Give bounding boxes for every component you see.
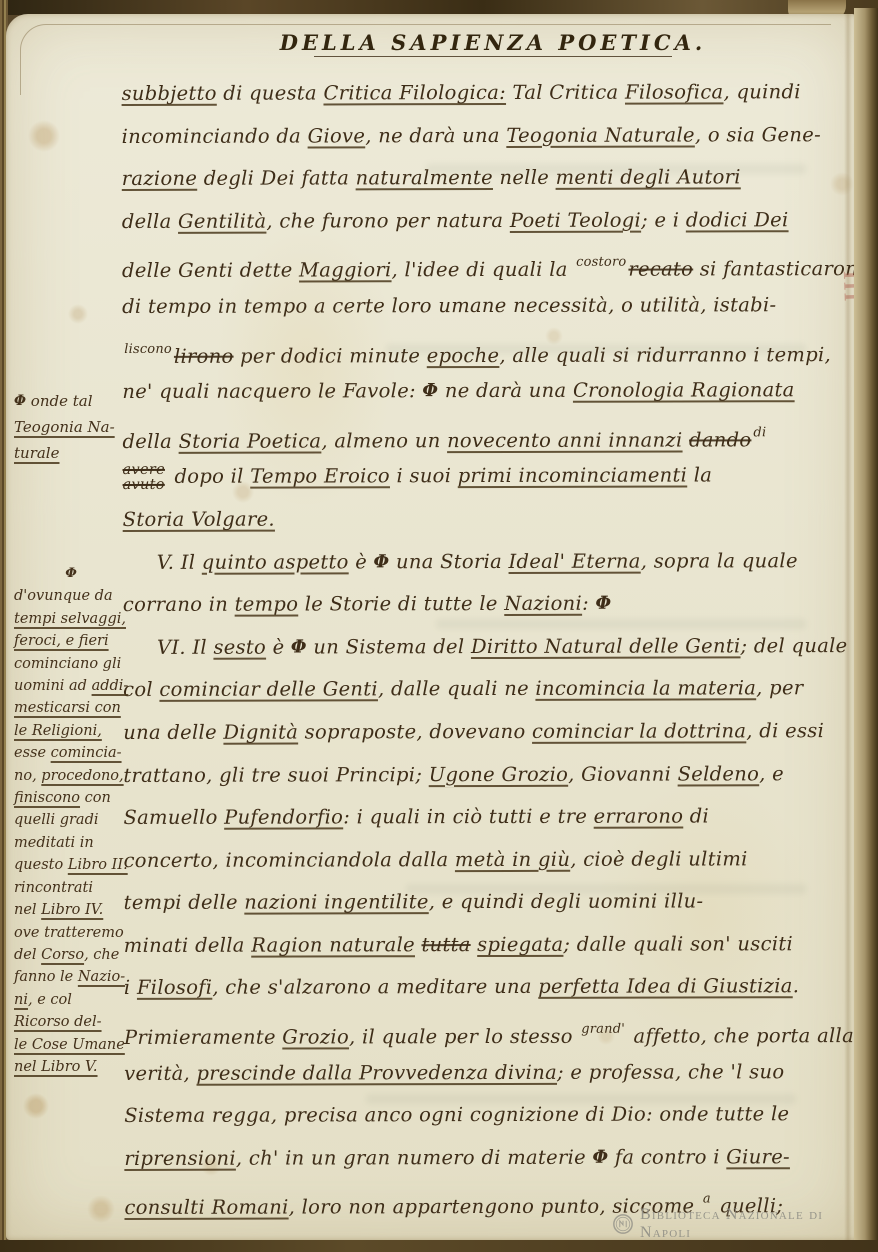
underlined-run: Nazioni xyxy=(504,592,582,615)
body-lines: subbjetto di questa Critica Filologica: … xyxy=(121,71,864,1223)
text-run: concerto, incominciandola dalla xyxy=(124,848,455,872)
text-run: esse xyxy=(14,745,51,761)
text-run: tempi delle xyxy=(124,891,245,914)
manuscript-line: Sistema regga, precisa anco ogni cognizi… xyxy=(124,1093,864,1138)
text-run: , sopra la quale xyxy=(641,549,798,572)
manuscript-line: verità, prescinde dalla Provvedenza divi… xyxy=(124,1051,864,1096)
underlined-run: perfetta Idea di Giustizia xyxy=(538,975,793,999)
insertion-above: a xyxy=(703,1192,711,1207)
manuscript-line: concerto, incominciandola dalla metà in … xyxy=(124,838,864,883)
underlined-run: Diritto Natural delle Genti xyxy=(471,634,741,658)
text-run: , il quale per lo stesso xyxy=(349,1025,579,1049)
text-run: , e xyxy=(759,762,784,785)
text-run: dopo il xyxy=(168,465,250,488)
underlined-run: Storia Volgare. xyxy=(123,508,275,531)
text-run: fanno le xyxy=(14,969,78,985)
text-run: V. Il xyxy=(157,550,202,573)
underlined-run: metà in giù xyxy=(455,847,570,870)
text-run: del xyxy=(14,947,41,963)
manuscript-line: rincontrati xyxy=(14,877,128,899)
manuscript-line: Storia Volgare. xyxy=(123,497,863,542)
text-run: VI. Il xyxy=(157,635,213,658)
manuscript-line: tempi selvaggi, xyxy=(14,608,128,630)
text-run: , e quindi degli uomini illu- xyxy=(429,890,704,914)
text-run: meditati in xyxy=(14,835,94,851)
manuscript-line: i Filosofi, che s'alzarono a meditare un… xyxy=(124,965,864,1010)
manuscript-line: del Corso, che xyxy=(14,944,128,966)
text-run: corrano in xyxy=(123,593,235,616)
text-run: un Sistema del xyxy=(307,635,471,658)
text-run: , e col xyxy=(28,992,72,1008)
underlined-run: comincia- xyxy=(51,745,122,761)
library-watermark-label: Biblioteca Nazionale di Napoli xyxy=(640,1206,878,1242)
text-run: , almeno un xyxy=(321,429,447,452)
manuscript-line: Φ onde tal xyxy=(14,388,126,414)
title-underline xyxy=(314,56,672,57)
book-top-edge xyxy=(0,0,878,15)
manuscript-line: avereavuto dopo il Tempo Eroico i suoi p… xyxy=(122,454,862,499)
underlined-run: Pufendorfio xyxy=(224,805,343,828)
text-run: della xyxy=(122,210,178,233)
underlined-run: Filosofica xyxy=(625,80,724,103)
underlined-run: errarono xyxy=(594,805,684,828)
text-run: ne darà una xyxy=(438,379,573,402)
manuscript-line: subbjetto di questa Critica Filologica: … xyxy=(121,71,861,116)
reference-mark: Φ xyxy=(595,593,611,614)
text-run: una delle xyxy=(123,721,223,744)
page-title: DELLA SAPIENZA POETICA. xyxy=(280,30,706,55)
underlined-run: Libro IV. xyxy=(41,902,103,918)
underlined-run: Ideal' Eterna xyxy=(508,549,640,572)
text-run: Sistema regga, precisa anco ogni cognizi… xyxy=(124,1102,789,1127)
text-run: nelle xyxy=(493,166,556,189)
page-stack-right-edge xyxy=(854,8,878,1244)
text-run: quelli gradi xyxy=(14,812,99,828)
underlined-run: Storia Poetica xyxy=(179,429,322,452)
manuscript-line: Φ xyxy=(14,562,128,585)
underlined-run: Cronologia Ragionata xyxy=(573,378,795,402)
underlined-run: feroci, e fieri xyxy=(14,633,109,649)
text-run: ; e i xyxy=(641,208,686,231)
underlined-run: consulti Romani xyxy=(124,1196,288,1219)
text-run: della xyxy=(122,430,178,453)
underlined-run: menti degli Autori xyxy=(556,166,741,189)
manuscript-line: nel Libro IV. xyxy=(14,899,128,921)
underlined-run: naturalmente xyxy=(356,166,493,189)
text-run: , che furono per natura xyxy=(266,209,509,233)
manuscript-line: col cominciar delle Genti, dalle quali n… xyxy=(123,667,863,712)
underlined-run: tempi selvaggi, xyxy=(14,611,126,627)
manuscript-line: di tempo in tempo a certe loro umane nec… xyxy=(122,284,862,329)
underlined-run: Ugone Grozio xyxy=(429,762,569,785)
underlined-run: addi- xyxy=(92,678,129,694)
text-run: incominciando da xyxy=(122,124,308,147)
underlined-run: mesticarsi con xyxy=(14,700,121,716)
text-run: con xyxy=(80,790,111,806)
text-run: questo xyxy=(14,857,68,873)
library-watermark: Biblioteca Nazionale di Napoli xyxy=(612,1206,878,1242)
text-run: degli Dei fatta xyxy=(197,167,355,190)
underlined-run: Gentilità xyxy=(178,209,266,232)
underlined-run: Teogonia Na- xyxy=(14,418,115,436)
struck-run: tutta xyxy=(421,933,470,956)
underlined-run: novecento anni innanzi xyxy=(447,428,683,452)
reference-mark: Φ xyxy=(422,380,438,401)
manuscript-line: incominciando da Giove, ne darà una Teog… xyxy=(122,114,862,159)
reference-mark: Φ xyxy=(373,551,389,572)
manuscript-line: le Cose Umane xyxy=(14,1034,128,1056)
manuscript-line: delle Genti dette Maggiori, l'idee di qu… xyxy=(122,241,862,286)
underlined-run: epoche xyxy=(427,344,500,367)
text-run: Primieramente xyxy=(124,1026,282,1049)
text-run: ove tratteremo xyxy=(14,925,124,941)
text-run: di questa xyxy=(217,81,324,104)
underlined-run: Critica Filologica: xyxy=(323,81,506,104)
underlined-run: Ragion naturale xyxy=(251,933,415,956)
underlined-run: procedono, xyxy=(41,768,123,784)
text-run: rincontrati xyxy=(14,880,93,896)
manuscript-line: Samuello Pufendorfio: i quali in ciò tut… xyxy=(123,795,863,840)
manuscript-page: DELLA SAPIENZA POETICA. subbjetto di que… xyxy=(6,14,858,1240)
text-run: , di essi xyxy=(746,719,824,742)
text-run: le Storie di tutte le xyxy=(298,592,504,616)
insertion-above: liscono xyxy=(124,341,172,356)
underlined-run: finiscono xyxy=(14,790,80,806)
text-run: , per xyxy=(756,677,803,700)
manuscript-line: Primieramente Grozio, il quale per lo st… xyxy=(124,1008,864,1053)
manuscript-line: turale xyxy=(14,440,126,466)
text-run: , dalle quali ne xyxy=(378,677,536,700)
manuscript-line: VI. Il sesto è Φ un Sistema del Diritto … xyxy=(123,625,863,670)
bnn-monogram-icon xyxy=(612,1213,634,1235)
underlined-run: prescinde dalla Provvedenza divina xyxy=(196,1060,557,1084)
manuscript-line: no, procedono, xyxy=(14,765,128,787)
struck-run: recato xyxy=(628,258,693,281)
insertion-above: costoro xyxy=(576,255,626,270)
underlined-run: Grozio xyxy=(282,1025,349,1048)
text-run: una Storia xyxy=(389,549,508,572)
underlined-run: primi incominciamenti xyxy=(458,464,688,488)
reference-mark: Φ xyxy=(14,393,26,409)
manuscript-line: razione degli Dei fatta naturalmente nel… xyxy=(122,156,862,201)
text-run: , cioè degli ultimi xyxy=(570,847,748,870)
text-run: trattano, gli tre suoi Principi; xyxy=(123,763,428,787)
text-run: : i quali in ciò tutti e tre xyxy=(343,805,594,829)
text-run: fa contro i xyxy=(608,1145,726,1168)
text-run: la xyxy=(687,464,712,487)
text-run: ; e professa, che 'l suo xyxy=(557,1060,784,1084)
text-run: . xyxy=(793,975,800,998)
manuscript-line: Teogonia Na- xyxy=(14,414,126,440)
reference-mark: Φ xyxy=(291,636,307,657)
text-run: Samuello xyxy=(123,806,224,829)
insertion-above: grand' xyxy=(581,1022,625,1037)
manuscript-scan: { "document": { "title": "DELLA SAPIENZA… xyxy=(0,0,878,1252)
text-run: nel xyxy=(14,902,41,918)
underlined-run: turale xyxy=(14,444,59,462)
text-run: , o sia Gene- xyxy=(695,123,821,146)
text-run: di xyxy=(683,805,709,828)
text-run: no, xyxy=(14,768,41,784)
manuscript-line: esse comincia- xyxy=(14,742,128,764)
manuscript-line: questo Libro II. xyxy=(14,854,128,876)
manuscript-line: mesticarsi con xyxy=(14,697,128,719)
text-run: i suoi xyxy=(390,464,458,487)
manuscript-line: meditati in xyxy=(14,832,128,854)
manuscript-line: ni, e col xyxy=(14,989,128,1011)
underlined-run: le Cose Umane xyxy=(14,1037,125,1053)
text-run: , ne darà una xyxy=(365,124,506,147)
underlined-run: cominciar la dottrina xyxy=(532,719,746,743)
text-run: ; dalle quali son' usciti xyxy=(563,932,793,956)
underlined-run: nazioni ingentilite xyxy=(244,890,428,913)
struck-run: dando xyxy=(689,428,751,451)
insertion-above: di xyxy=(753,425,766,440)
manuscript-line: cominciano gli xyxy=(14,653,128,675)
reference-mark: Φ xyxy=(592,1147,608,1168)
text-run: d'ovunque da xyxy=(14,588,113,604)
text-run: di tempo in tempo a certe loro umane nec… xyxy=(122,293,776,318)
underlined-run: Nazio- xyxy=(78,969,125,985)
manuscript-line: una delle Dignità sopraposte, dovevano c… xyxy=(123,710,863,755)
manuscript-line: fanno le Nazio- xyxy=(14,966,128,988)
underlined-run: incomincia la materia xyxy=(535,677,756,701)
text-run: , ch' in un gran numero di materie xyxy=(236,1146,593,1170)
underlined-run: le Religioni, xyxy=(14,723,102,739)
underlined-run: Poeti Teologi xyxy=(510,208,641,231)
text-run: col xyxy=(123,678,159,701)
text-run: , che xyxy=(84,947,119,963)
manuscript-line: d'ovunque da xyxy=(14,585,128,607)
underlined-run: razione xyxy=(122,167,197,190)
underlined-run: Tempo Eroico xyxy=(250,465,390,488)
underlined-run: Teogonia Naturale xyxy=(506,123,695,146)
underlined-run: Filosofi xyxy=(137,976,212,999)
text-run: è xyxy=(266,635,291,658)
margin-note-1-lines: Φ onde talTeogonia Na-turale xyxy=(14,388,126,466)
manuscript-line: quelli gradi xyxy=(14,809,128,831)
underlined-run: cominciar delle Genti xyxy=(159,678,378,702)
text-run: : xyxy=(582,592,595,615)
manuscript-line: minati della Ragion naturale tutta spieg… xyxy=(124,923,864,968)
underlined-run: Maggiori xyxy=(299,259,392,282)
underlined-run: ni xyxy=(14,992,28,1008)
manuscript-line: della Gentilità, che furono per natura P… xyxy=(122,199,862,244)
text-run: cominciano gli xyxy=(14,656,121,672)
text-run: ne' quali nacquero le Favole: xyxy=(122,379,422,403)
text-run: , che s'alzarono a meditare una xyxy=(212,975,538,999)
text-run: affetto, che porta alla xyxy=(627,1024,854,1048)
manuscript-line: trattano, gli tre suoi Principi; Ugone G… xyxy=(123,753,863,798)
struck-stack: avereavuto xyxy=(123,463,166,493)
manuscript-line: feroci, e fieri xyxy=(14,630,128,652)
manuscript-line: ove tratteremo xyxy=(14,922,128,944)
underlined-run: Ricorso del- xyxy=(14,1014,102,1030)
text-run: Tal Critica xyxy=(506,81,625,104)
manuscript-line: V. Il quinto aspetto è Φ una Storia Idea… xyxy=(123,540,863,585)
text-run: sopraposte, dovevano xyxy=(298,720,532,744)
text-run: per dodici minute xyxy=(234,344,427,368)
struck-run: lirono xyxy=(174,344,234,367)
underlined-run: tempo xyxy=(235,593,299,616)
manuscript-line: lisconolirono per dodici minute epoche, … xyxy=(122,327,862,372)
text-run: minati della xyxy=(124,934,251,957)
manuscript-line: finiscono con xyxy=(14,787,128,809)
manuscript-line: le Religioni, xyxy=(14,720,128,742)
underlined-run: spiegata xyxy=(477,933,563,956)
underlined-run: sesto xyxy=(213,635,266,658)
text-run: ; del quale xyxy=(740,634,847,657)
text-run: uomini ad xyxy=(14,678,92,694)
underlined-run: nel Libro V. xyxy=(14,1059,98,1075)
manuscript-line: corrano in tempo le Storie di tutte le N… xyxy=(123,582,863,627)
text-run: , l'idee di quali la xyxy=(391,258,574,281)
underlined-run: Seldeno xyxy=(678,762,760,785)
text-run: onde tal xyxy=(26,392,92,410)
underlined-run: riprensioni xyxy=(124,1147,236,1170)
underlined-run: Dignità xyxy=(223,720,298,743)
manuscript-line: della Storia Poetica, almeno un novecent… xyxy=(122,412,862,457)
text-run: , Giovanni xyxy=(568,762,678,785)
manuscript-line: tempi delle nazioni ingentilite, e quind… xyxy=(124,880,864,925)
underlined-run: Giure- xyxy=(726,1145,790,1168)
text-run: verità, xyxy=(124,1061,196,1084)
title-block: DELLA SAPIENZA POETICA. xyxy=(125,30,861,57)
manuscript-line: nel Libro V. xyxy=(14,1056,128,1078)
text-run: è xyxy=(349,550,374,573)
text-run: , alle quali si ridurranno i tempi, xyxy=(499,343,831,367)
underlined-run: Corso xyxy=(41,947,84,963)
manuscript-line: riprensioni, ch' in un gran numero di ma… xyxy=(124,1136,864,1181)
underlined-run: dodici Dei xyxy=(686,208,789,231)
underlined-run: quinto aspetto xyxy=(202,550,349,573)
underlined-run: Giove xyxy=(308,124,366,147)
manuscript-line: Ricorso del- xyxy=(14,1011,128,1033)
margin-note-2-lines: Φd'ovunque datempi selvaggi,feroci, e fi… xyxy=(14,562,128,1078)
text-run: , quindi xyxy=(723,80,800,103)
manuscript-line: ne' quali nacquero le Favole: Φ ne darà … xyxy=(122,369,862,414)
underlined-run: Libro II. xyxy=(68,857,128,873)
underlined-run: subbjetto xyxy=(122,82,217,105)
manuscript-line: uomini ad addi- xyxy=(14,675,128,697)
reference-mark: Φ xyxy=(65,565,77,581)
text-run: delle Genti dette xyxy=(122,259,299,282)
